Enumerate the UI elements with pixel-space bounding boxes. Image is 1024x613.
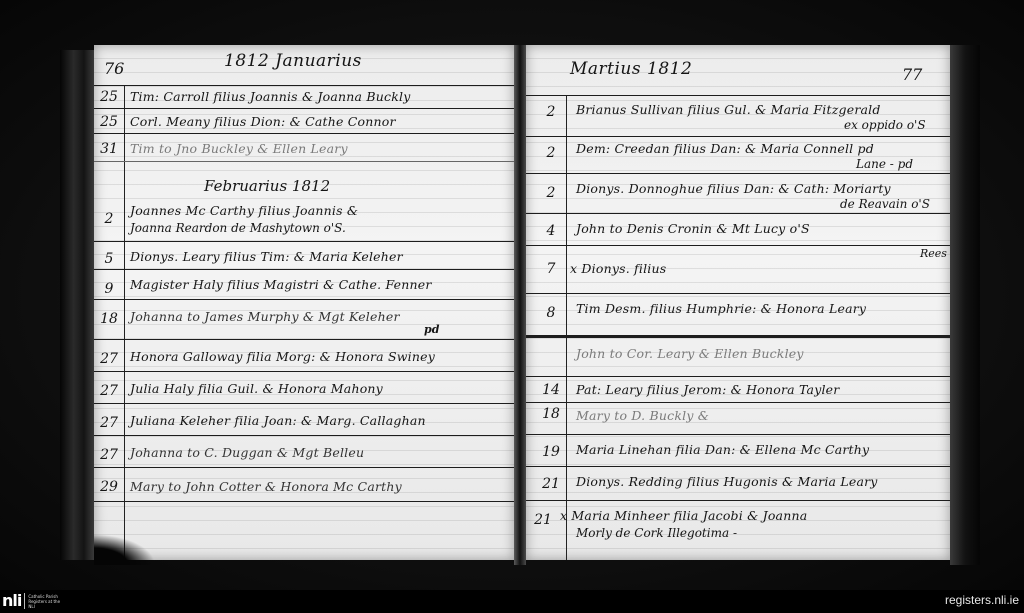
entry-text: Magister Haly filius Magistri & Cathe. F… bbox=[130, 277, 432, 292]
folio-number: 76 bbox=[104, 59, 124, 78]
entry-day: 29 bbox=[96, 479, 122, 495]
entry-day: 5 bbox=[96, 251, 122, 267]
register-entry: 27 Honora Galloway filia Morg: & Honora … bbox=[94, 341, 514, 372]
entry-day: 18 bbox=[538, 406, 564, 422]
register-entry: John to Cor. Leary & Ellen Buckley bbox=[526, 338, 950, 377]
register-entry: 19 Maria Linehan filia Dan: & Ellena Mc … bbox=[526, 436, 950, 467]
entry-note: Rees bbox=[920, 247, 947, 260]
entry-text: Pat: Leary filius Jerom: & Honora Tayler bbox=[576, 382, 839, 397]
register-entry: 29 Mary to John Cotter & Honora Mc Carth… bbox=[94, 469, 514, 502]
book-edge-left bbox=[60, 50, 94, 560]
entry-day: 2 bbox=[538, 104, 564, 120]
register-entry: 18 Mary to D. Buckly & bbox=[526, 404, 950, 435]
site-url-link[interactable]: registers.nli.ie bbox=[945, 593, 1019, 607]
entry-text: Honora Galloway filia Morg: & Honora Swi… bbox=[130, 349, 435, 364]
register-entry: 2 Joannes Mc Carthy filius Joannis & Joa… bbox=[94, 197, 514, 242]
register-entry: 14 Pat: Leary filius Jerom: & Honora Tay… bbox=[526, 378, 950, 403]
entry-text-continued: ex oppido o'S bbox=[844, 118, 926, 132]
entry-day: 27 bbox=[96, 351, 122, 367]
entry-day: 2 bbox=[538, 185, 564, 201]
viewer-footer: nli Catholic Parish Registers at the NLI… bbox=[0, 590, 1024, 613]
entry-text: Joannes Mc Carthy filius Joannis & bbox=[130, 203, 358, 218]
entry-text: Maria Linehan filia Dan: & Ellena Mc Car… bbox=[576, 442, 869, 457]
entry-text: Tim: Carroll filius Joannis & Joanna Buc… bbox=[130, 89, 410, 104]
entry-text: Tim Desm. filius Humphrie: & Honora Lear… bbox=[576, 301, 866, 316]
page-header: Martius 1812 bbox=[570, 59, 692, 79]
entry-text: Tim to Jno Buckley & Ellen Leary bbox=[130, 141, 348, 156]
entry-text: John to Cor. Leary & Ellen Buckley bbox=[576, 346, 804, 361]
entry-text: Dionys. Donnoghue filius Dan: & Cath: Mo… bbox=[576, 181, 891, 196]
entry-text: Mary to D. Buckly & bbox=[576, 408, 709, 423]
entry-day: 18 bbox=[96, 311, 122, 327]
entry-text-continued: Joanna Reardon de Mashytown o'S. bbox=[130, 221, 346, 235]
entry-text: x Dionys. filius bbox=[570, 261, 666, 276]
logo-divider bbox=[24, 593, 25, 609]
entry-day: 27 bbox=[96, 383, 122, 399]
entry-text: Dem: Creedan filius Dan: & Maria Connell… bbox=[576, 141, 874, 156]
entry-day: 27 bbox=[96, 415, 122, 431]
entry-day: 19 bbox=[538, 444, 564, 460]
entry-text: Julia Haly filia Guil. & Honora Mahony bbox=[130, 381, 383, 396]
register-page-right: Martius 1812 77 2 Brianus Sullivan filiu… bbox=[526, 45, 950, 560]
entry-day: 27 bbox=[96, 447, 122, 463]
register-entry: 21 Dionys. Redding filius Hugonis & Mari… bbox=[526, 468, 950, 501]
nli-logo[interactable]: nli Catholic Parish Registers at the NLI bbox=[2, 592, 62, 610]
image-viewer[interactable]: 76 1812 Januarius 25 Tim: Carroll filius… bbox=[0, 0, 1024, 590]
register-entry: 9 Magister Haly filius Magistri & Cathe.… bbox=[94, 271, 514, 300]
register-entry: 25 Tim: Carroll filius Joannis & Joanna … bbox=[94, 85, 514, 109]
register-entry: 25 Corl. Meany filius Dion: & Cathe Conn… bbox=[94, 109, 514, 134]
entry-day: 14 bbox=[538, 382, 564, 398]
entry-day: 21 bbox=[538, 476, 564, 492]
entry-text: Juliana Keleher filia Joan: & Marg. Call… bbox=[130, 413, 426, 428]
register-entry: 21 x Maria Minheer filia Jacobi & Joanna… bbox=[526, 502, 950, 546]
register-entry: 7 x Dionys. filius Rees bbox=[526, 247, 950, 294]
register-entry: 2 Dem: Creedan filius Dan: & Maria Conne… bbox=[526, 137, 950, 174]
register-page-left: 76 1812 Januarius 25 Tim: Carroll filius… bbox=[94, 45, 514, 560]
entry-text: Dionys. Leary filius Tim: & Maria Kelehe… bbox=[130, 249, 403, 264]
register-entry: 27 Johanna to C. Duggan & Mgt Belleu bbox=[94, 437, 514, 468]
entry-text: Johanna to C. Duggan & Mgt Belleu bbox=[130, 445, 364, 460]
book-gutter bbox=[514, 45, 526, 565]
register-entry: 18 Johanna to James Murphy & Mgt Keleher… bbox=[94, 301, 514, 340]
entry-text: Mary to John Cotter & Honora Mc Carthy bbox=[130, 479, 402, 494]
entry-text: Brianus Sullivan filius Gul. & Maria Fit… bbox=[576, 102, 881, 117]
entry-day: 25 bbox=[96, 114, 122, 130]
entry-text-continued: Lane - pd bbox=[856, 157, 913, 171]
register-entry: 27 Juliana Keleher filia Joan: & Marg. C… bbox=[94, 405, 514, 436]
register-entry: 5 Dionys. Leary filius Tim: & Maria Kele… bbox=[94, 243, 514, 270]
entry-text-continued: de Reavain o'S bbox=[840, 197, 930, 211]
register-entry: 8 Tim Desm. filius Humphrie: & Honora Le… bbox=[526, 295, 950, 338]
entry-note: pd bbox=[424, 323, 439, 336]
entry-day: 2 bbox=[538, 145, 564, 161]
entry-text-continued: Morly de Cork Illegotima - bbox=[576, 526, 737, 540]
entry-day: 4 bbox=[538, 223, 564, 239]
page-corner-shadow bbox=[94, 535, 154, 565]
entry-day: 9 bbox=[96, 281, 122, 297]
register-entry: 4 John to Denis Cronin & Mt Lucy o'S bbox=[526, 215, 950, 246]
book-edge-right bbox=[950, 45, 980, 565]
entry-day: 7 bbox=[538, 261, 564, 277]
entry-text: x Maria Minheer filia Jacobi & Joanna bbox=[560, 508, 807, 523]
entry-text: John to Denis Cronin & Mt Lucy o'S bbox=[576, 221, 810, 236]
entry-day: 31 bbox=[96, 141, 122, 157]
register-entry: 2 Dionys. Donnoghue filius Dan: & Cath: … bbox=[526, 175, 950, 214]
entry-day: 21 bbox=[530, 512, 556, 528]
register-entry: 31 Tim to Jno Buckley & Ellen Leary bbox=[94, 135, 514, 162]
section-title-februarius: Februarius 1812 bbox=[204, 177, 330, 195]
nli-logo-text: Catholic Parish Registers at the NLI bbox=[28, 594, 62, 609]
page-header: 1812 Januarius bbox=[224, 51, 362, 71]
entry-day: 2 bbox=[96, 211, 122, 227]
register-entry: 27 Julia Haly filia Guil. & Honora Mahon… bbox=[94, 373, 514, 404]
folio-number: 77 bbox=[902, 65, 922, 84]
entry-text: Dionys. Redding filius Hugonis & Maria L… bbox=[576, 474, 878, 489]
entry-day: 8 bbox=[538, 305, 564, 321]
entry-day: 25 bbox=[96, 89, 122, 105]
nli-logo-mark: nli bbox=[2, 592, 21, 610]
register-entry: 2 Brianus Sullivan filius Gul. & Maria F… bbox=[526, 95, 950, 137]
entry-text: Johanna to James Murphy & Mgt Keleher bbox=[130, 309, 400, 324]
entry-text: Corl. Meany filius Dion: & Cathe Connor bbox=[130, 114, 396, 129]
